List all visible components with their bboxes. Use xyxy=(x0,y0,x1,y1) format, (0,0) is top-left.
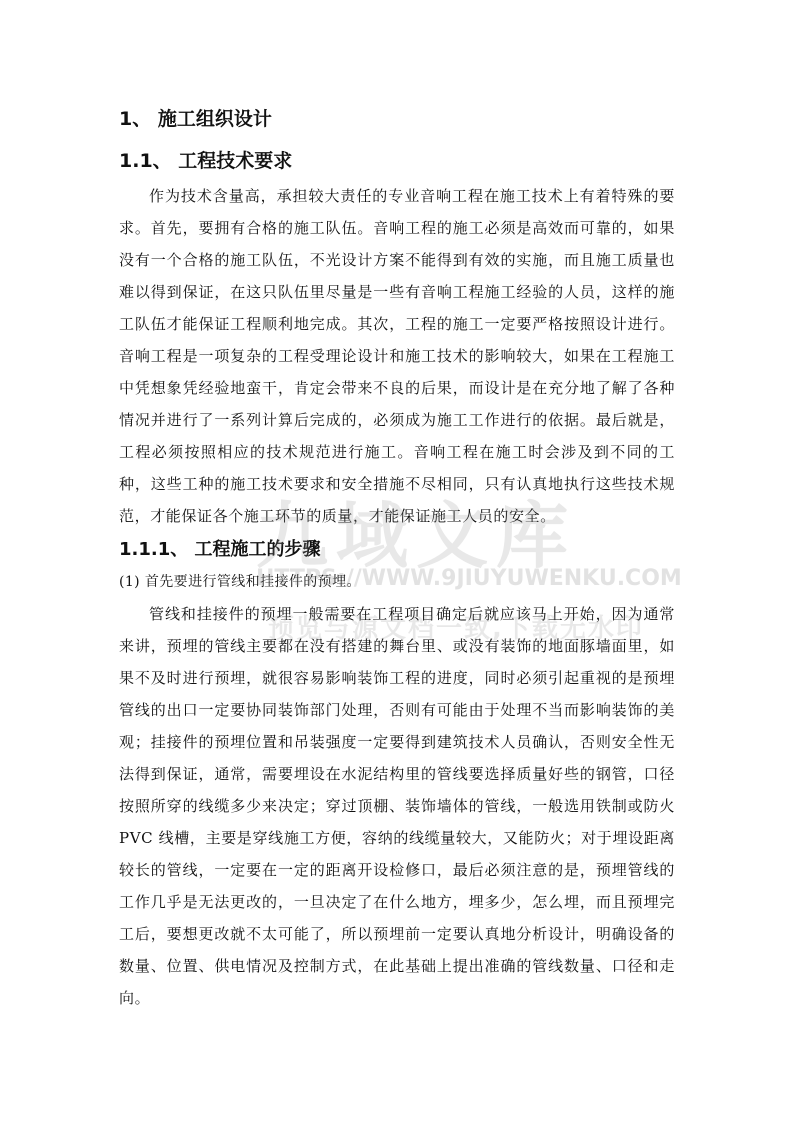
list-item-step-1: (1) 首先要进行管线和挂接件的预埋。 xyxy=(119,566,675,598)
heading-level-3: 1.1.1、 工程施工的步骤 xyxy=(119,532,675,566)
paragraph-pipeline-embedding: 管线和挂接件的预埋一般需要在工程项目确定后就应该马上开始，因为通常来讲，预埋的管… xyxy=(119,598,675,1014)
heading-level-1: 1、 施工组织设计 xyxy=(119,104,675,144)
paragraph-technical-requirements: 作为技术含量高，承担较大责任的专业音响工程在施工技术上有着特殊的要求。首先，要拥… xyxy=(119,180,675,532)
heading-level-2: 1.1、 工程技术要求 xyxy=(119,144,675,180)
document-page: 1、 施工组织设计 1.1、 工程技术要求 作为技术含量高，承担较大责任的专业音… xyxy=(0,0,793,1122)
document-body: 1、 施工组织设计 1.1、 工程技术要求 作为技术含量高，承担较大责任的专业音… xyxy=(119,104,675,1014)
